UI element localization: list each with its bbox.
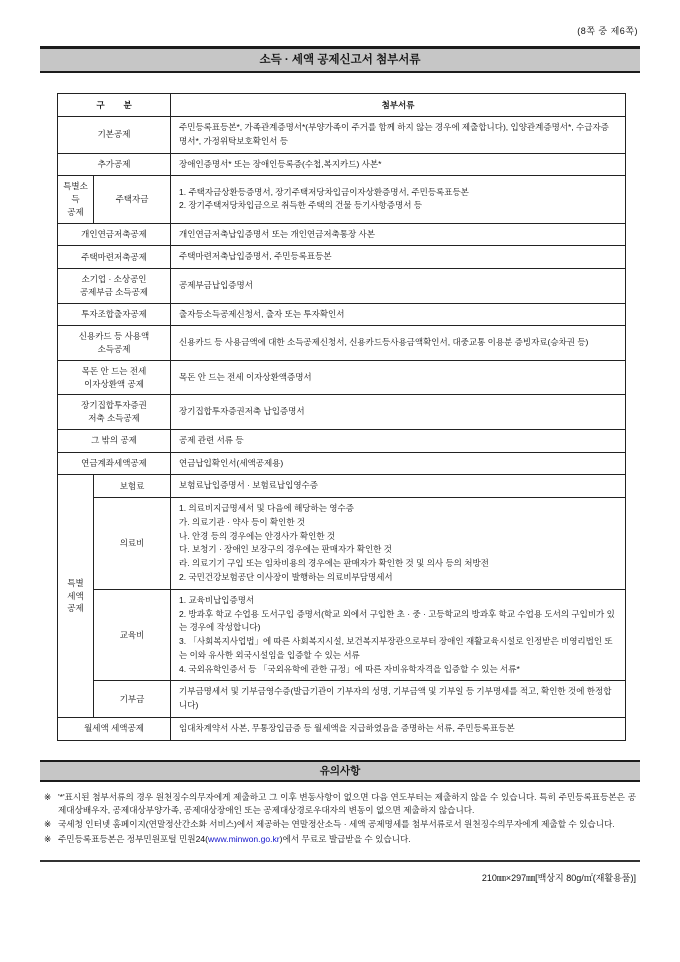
table-row: 의료비 1. 의료비지급명세서 및 다음에 해당하는 영수증 가. 의료기관 ·…: [58, 498, 626, 590]
column-header-category: 구 분: [58, 94, 171, 117]
table-row: 신용카드 등 사용액 소득공제 신용카드 등 사용금액에 대한 소득공제신청서,…: [58, 326, 626, 361]
table-row: 장기집합투자증권 저축 소득공제 장기집합투자증권저축 납입증명서: [58, 395, 626, 430]
row-label-other-deduction: 그 밖의 공제: [58, 429, 171, 452]
table-row: 주택마련저축공제 주택마련저축납입증명서, 주민등록표등본: [58, 246, 626, 269]
note-item: ※ 국세청 인터넷 홈페이지(연말정산간소화 서비스)에서 제공하는 연말정산소…: [44, 818, 636, 831]
table-row: 연금계좌세액공제 연금납입확인서(세액공제용): [58, 452, 626, 475]
table-row: 기본공제 주민등록표등본*, 가족관계증명서*(부양가족이 주거를 함께 하지 …: [58, 117, 626, 154]
page-number: (8쪽 중 제6쪽): [577, 24, 638, 37]
row-label-monthly-rent: 월세액 세액공제: [58, 717, 171, 740]
sub-label-housing-fund: 주택자금: [94, 176, 171, 223]
table-row: 교육비 1. 교육비납입증명서 2. 방과후 학교 수업용 도서구입 증명서(학…: [58, 589, 626, 681]
minwon-portal-link[interactable]: www.minwon.go.kr: [208, 834, 280, 844]
sub-label-medical: 의료비: [94, 498, 171, 590]
document-title-band: 소득 · 세액 공제신고서 첨부서류: [40, 46, 640, 73]
row-docs-longterm-fund: 장기집합투자증권저축 납입증명서: [171, 395, 626, 430]
table-row: 소기업 · 소상공인 공제부금 소득공제 공제부금납입증명서: [58, 269, 626, 304]
table-row: 그 밖의 공제 공제 관련 서류 등: [58, 429, 626, 452]
row-docs-donation: 기부금명세서 및 기부금영수증(발급기관이 기부자의 성명, 기부금액 및 기부…: [171, 681, 626, 718]
row-label-small-business: 소기업 · 소상공인 공제부금 소득공제: [58, 269, 171, 304]
row-docs-housing-savings: 주택마련저축납입증명서, 주민등록표등본: [171, 246, 626, 269]
row-label-jeonse-interest: 목돈 안 드는 전세 이자상환액 공제: [58, 360, 171, 395]
note-marker: ※: [44, 833, 58, 846]
row-label-housing-savings: 주택마련저축공제: [58, 246, 171, 269]
row-label-personal-pension: 개인연금저축공제: [58, 223, 171, 246]
row-docs-housing-fund: 1. 주택자금상환등증명서, 장기주택저당차입금이자상환증명서, 주민등록표등본…: [171, 176, 626, 223]
paper-spec: 210㎜×297㎜[백상지 80g/㎡(재활용품)]: [0, 871, 636, 884]
row-docs-education: 1. 교육비납입증명서 2. 방과후 학교 수업용 도서구입 증명서(학교 외에…: [171, 589, 626, 681]
row-label-basic-deduction: 기본공제: [58, 117, 171, 154]
note-text: '*'표시된 첨부서류의 경우 원천징수의무자에게 제출하고 그 이후 변동사항…: [58, 791, 636, 817]
notes-section: ※ '*'표시된 첨부서류의 경우 원천징수의무자에게 제출하고 그 이후 변동…: [44, 791, 636, 847]
row-docs-monthly-rent: 임대차계약서 사본, 무통장입금증 등 월세액을 지급하였음을 증명하는 서류,…: [171, 717, 626, 740]
table-row: 목돈 안 드는 전세 이자상환액 공제 목돈 안 드는 전세 이자상환액증명서: [58, 360, 626, 395]
table-header-row: 구 분 첨부서류: [58, 94, 626, 117]
row-docs-insurance: 보험료납입증명서 · 보험료납입영수증: [171, 475, 626, 498]
footer-divider: [40, 860, 640, 862]
column-header-documents: 첨부서류: [171, 94, 626, 117]
row-docs-other-deduction: 공제 관련 서류 등: [171, 429, 626, 452]
table-row: 투자조합출자공제 출자등소득공제신청서, 출자 또는 투자확인서: [58, 303, 626, 326]
attachment-documents-table: 구 분 첨부서류 기본공제 주민등록표등본*, 가족관계증명서*(부양가족이 주…: [57, 93, 626, 741]
row-docs-personal-pension: 개인연금저축납입증명서 또는 개인연금저축통장 사본: [171, 223, 626, 246]
row-docs-additional-deduction: 장애인증명서* 또는 장애인등록증(수첩,복지카드) 사본*: [171, 153, 626, 176]
sub-label-education: 교육비: [94, 589, 171, 681]
table-row: 추가공제 장애인증명서* 또는 장애인등록증(수첩,복지카드) 사본*: [58, 153, 626, 176]
note-item: ※ '*'표시된 첨부서류의 경우 원천징수의무자에게 제출하고 그 이후 변동…: [44, 791, 636, 817]
row-docs-jeonse-interest: 목돈 안 드는 전세 이자상환액증명서: [171, 360, 626, 395]
note-text: 국세청 인터넷 홈페이지(연말정산간소화 서비스)에서 제공하는 연말정산소득 …: [58, 818, 636, 831]
row-docs-medical: 1. 의료비지급명세서 및 다음에 해당하는 영수증 가. 의료기관 · 약사 …: [171, 498, 626, 590]
row-label-additional-deduction: 추가공제: [58, 153, 171, 176]
note-text: 주민등록표등본은 정부민원포털 민원24(www.minwon.go.kr)에서…: [58, 833, 636, 846]
row-label-longterm-fund: 장기집합투자증권 저축 소득공제: [58, 395, 171, 430]
note-prefix: 주민등록표등본은 정부민원포털 민원24(: [58, 834, 208, 844]
row-docs-credit-card: 신용카드 등 사용금액에 대한 소득공제신청서, 신용카드등사용금액확인서, 대…: [171, 326, 626, 361]
page-title: 소득 · 세액 공제신고서 첨부서류: [259, 54, 420, 66]
note-marker: ※: [44, 818, 58, 831]
note-marker: ※: [44, 791, 58, 817]
row-docs-small-business: 공제부금납입증명서: [171, 269, 626, 304]
notes-title-band: 유의사항: [40, 760, 640, 782]
table-row: 특별소득 공제 주택자금 1. 주택자금상환등증명서, 장기주택저당차입금이자상…: [58, 176, 626, 223]
group-label-special-income-deduction: 특별소득 공제: [58, 176, 94, 223]
sub-label-insurance: 보험료: [94, 475, 171, 498]
table-row: 기부금 기부금명세서 및 기부금영수증(발급기관이 기부자의 성명, 기부금액 …: [58, 681, 626, 718]
notes-title: 유의사항: [320, 765, 361, 777]
note-suffix: )에서 무료로 발급받을 수 있습니다.: [280, 834, 411, 844]
table-row: 개인연금저축공제 개인연금저축납입증명서 또는 개인연금저축통장 사본: [58, 223, 626, 246]
row-label-credit-card: 신용카드 등 사용액 소득공제: [58, 326, 171, 361]
row-label-investment-partnership: 투자조합출자공제: [58, 303, 171, 326]
note-item: ※ 주민등록표등본은 정부민원포털 민원24(www.minwon.go.kr)…: [44, 833, 636, 846]
row-docs-basic-deduction: 주민등록표등본*, 가족관계증명서*(부양가족이 주거를 함께 하지 않는 경우…: [171, 117, 626, 154]
table-row: 월세액 세액공제 임대차계약서 사본, 무통장입금증 등 월세액을 지급하였음을…: [58, 717, 626, 740]
group-label-special-tax-credit: 특별 세액 공제: [58, 475, 94, 717]
row-docs-pension-account: 연금납입확인서(세액공제용): [171, 452, 626, 475]
row-docs-investment-partnership: 출자등소득공제신청서, 출자 또는 투자확인서: [171, 303, 626, 326]
sub-label-donation: 기부금: [94, 681, 171, 718]
table-row: 특별 세액 공제 보험료 보험료납입증명서 · 보험료납입영수증: [58, 475, 626, 498]
row-label-pension-account: 연금계좌세액공제: [58, 452, 171, 475]
